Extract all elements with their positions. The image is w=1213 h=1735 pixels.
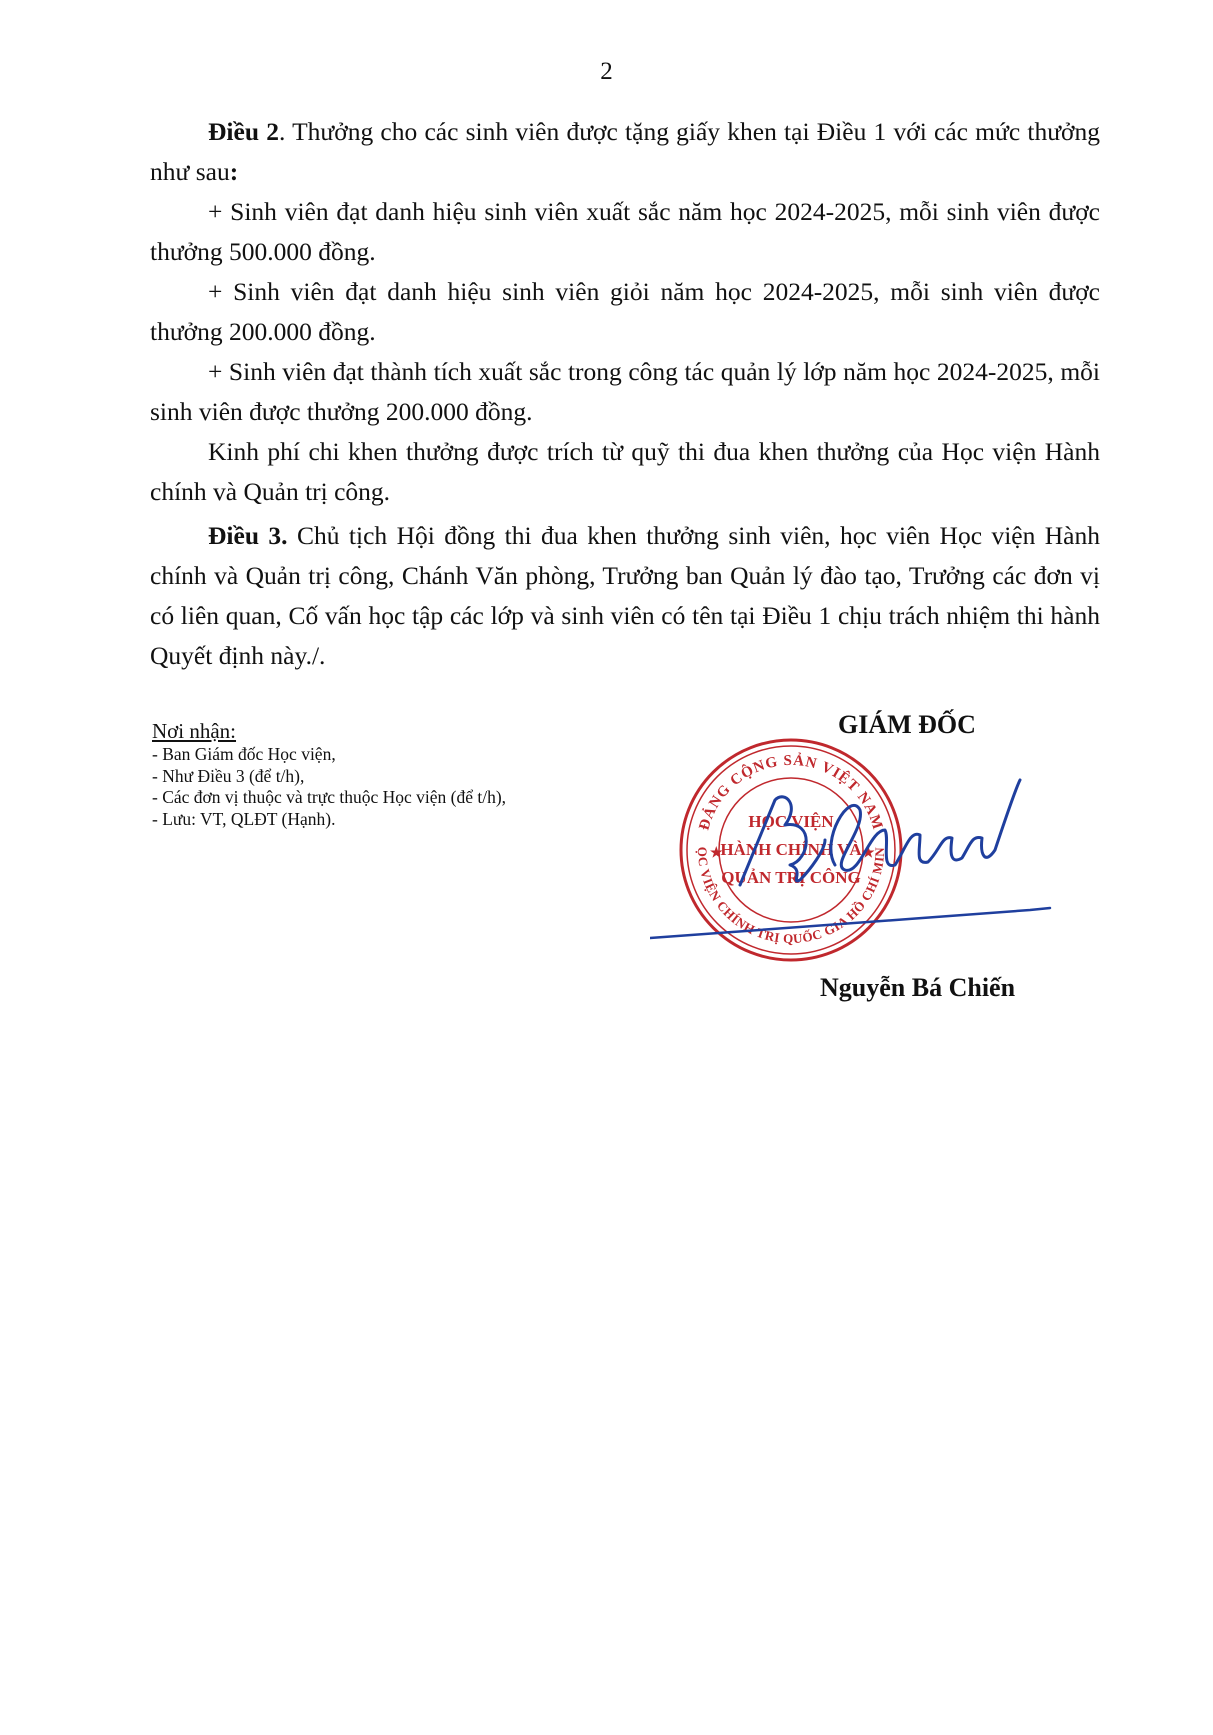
page-number: 2: [0, 58, 1213, 86]
article-3-label: Điều 3.: [208, 521, 288, 550]
signature-icon: [650, 770, 1150, 950]
reward-item: + Sinh viên đạt thành tích xuất sắc tron…: [150, 352, 1100, 432]
recipient-item: - Các đơn vị thuộc và trực thuộc Học việ…: [152, 787, 506, 809]
article-2-label: Điều 2: [208, 117, 279, 146]
recipients-title: Nơi nhận:: [152, 718, 506, 744]
reward-item: + Sinh viên đạt danh hiệu sinh viên giỏi…: [150, 272, 1100, 352]
recipient-item: - Lưu: VT, QLĐT (Hạnh).: [152, 809, 506, 831]
signer-name: Nguyễn Bá Chiến: [820, 973, 1015, 1003]
recipient-item: - Ban Giám đốc Học viện,: [152, 744, 506, 766]
recipients-block: Nơi nhận: - Ban Giám đốc Học viện, - Như…: [152, 718, 506, 830]
document-body: Điều 2. Thưởng cho các sinh viên được tặ…: [150, 112, 1100, 676]
article-2-intro: Điều 2. Thưởng cho các sinh viên được tặ…: [150, 112, 1100, 192]
reward-item: + Sinh viên đạt danh hiệu sinh viên xuất…: [150, 192, 1100, 272]
article-3: Điều 3. Chủ tịch Hội đồng thi đua khen t…: [150, 516, 1100, 676]
recipient-item: - Như Điều 3 (để t/h),: [152, 766, 506, 788]
funding-note: Kinh phí chi khen thưởng được trích từ q…: [150, 432, 1100, 512]
